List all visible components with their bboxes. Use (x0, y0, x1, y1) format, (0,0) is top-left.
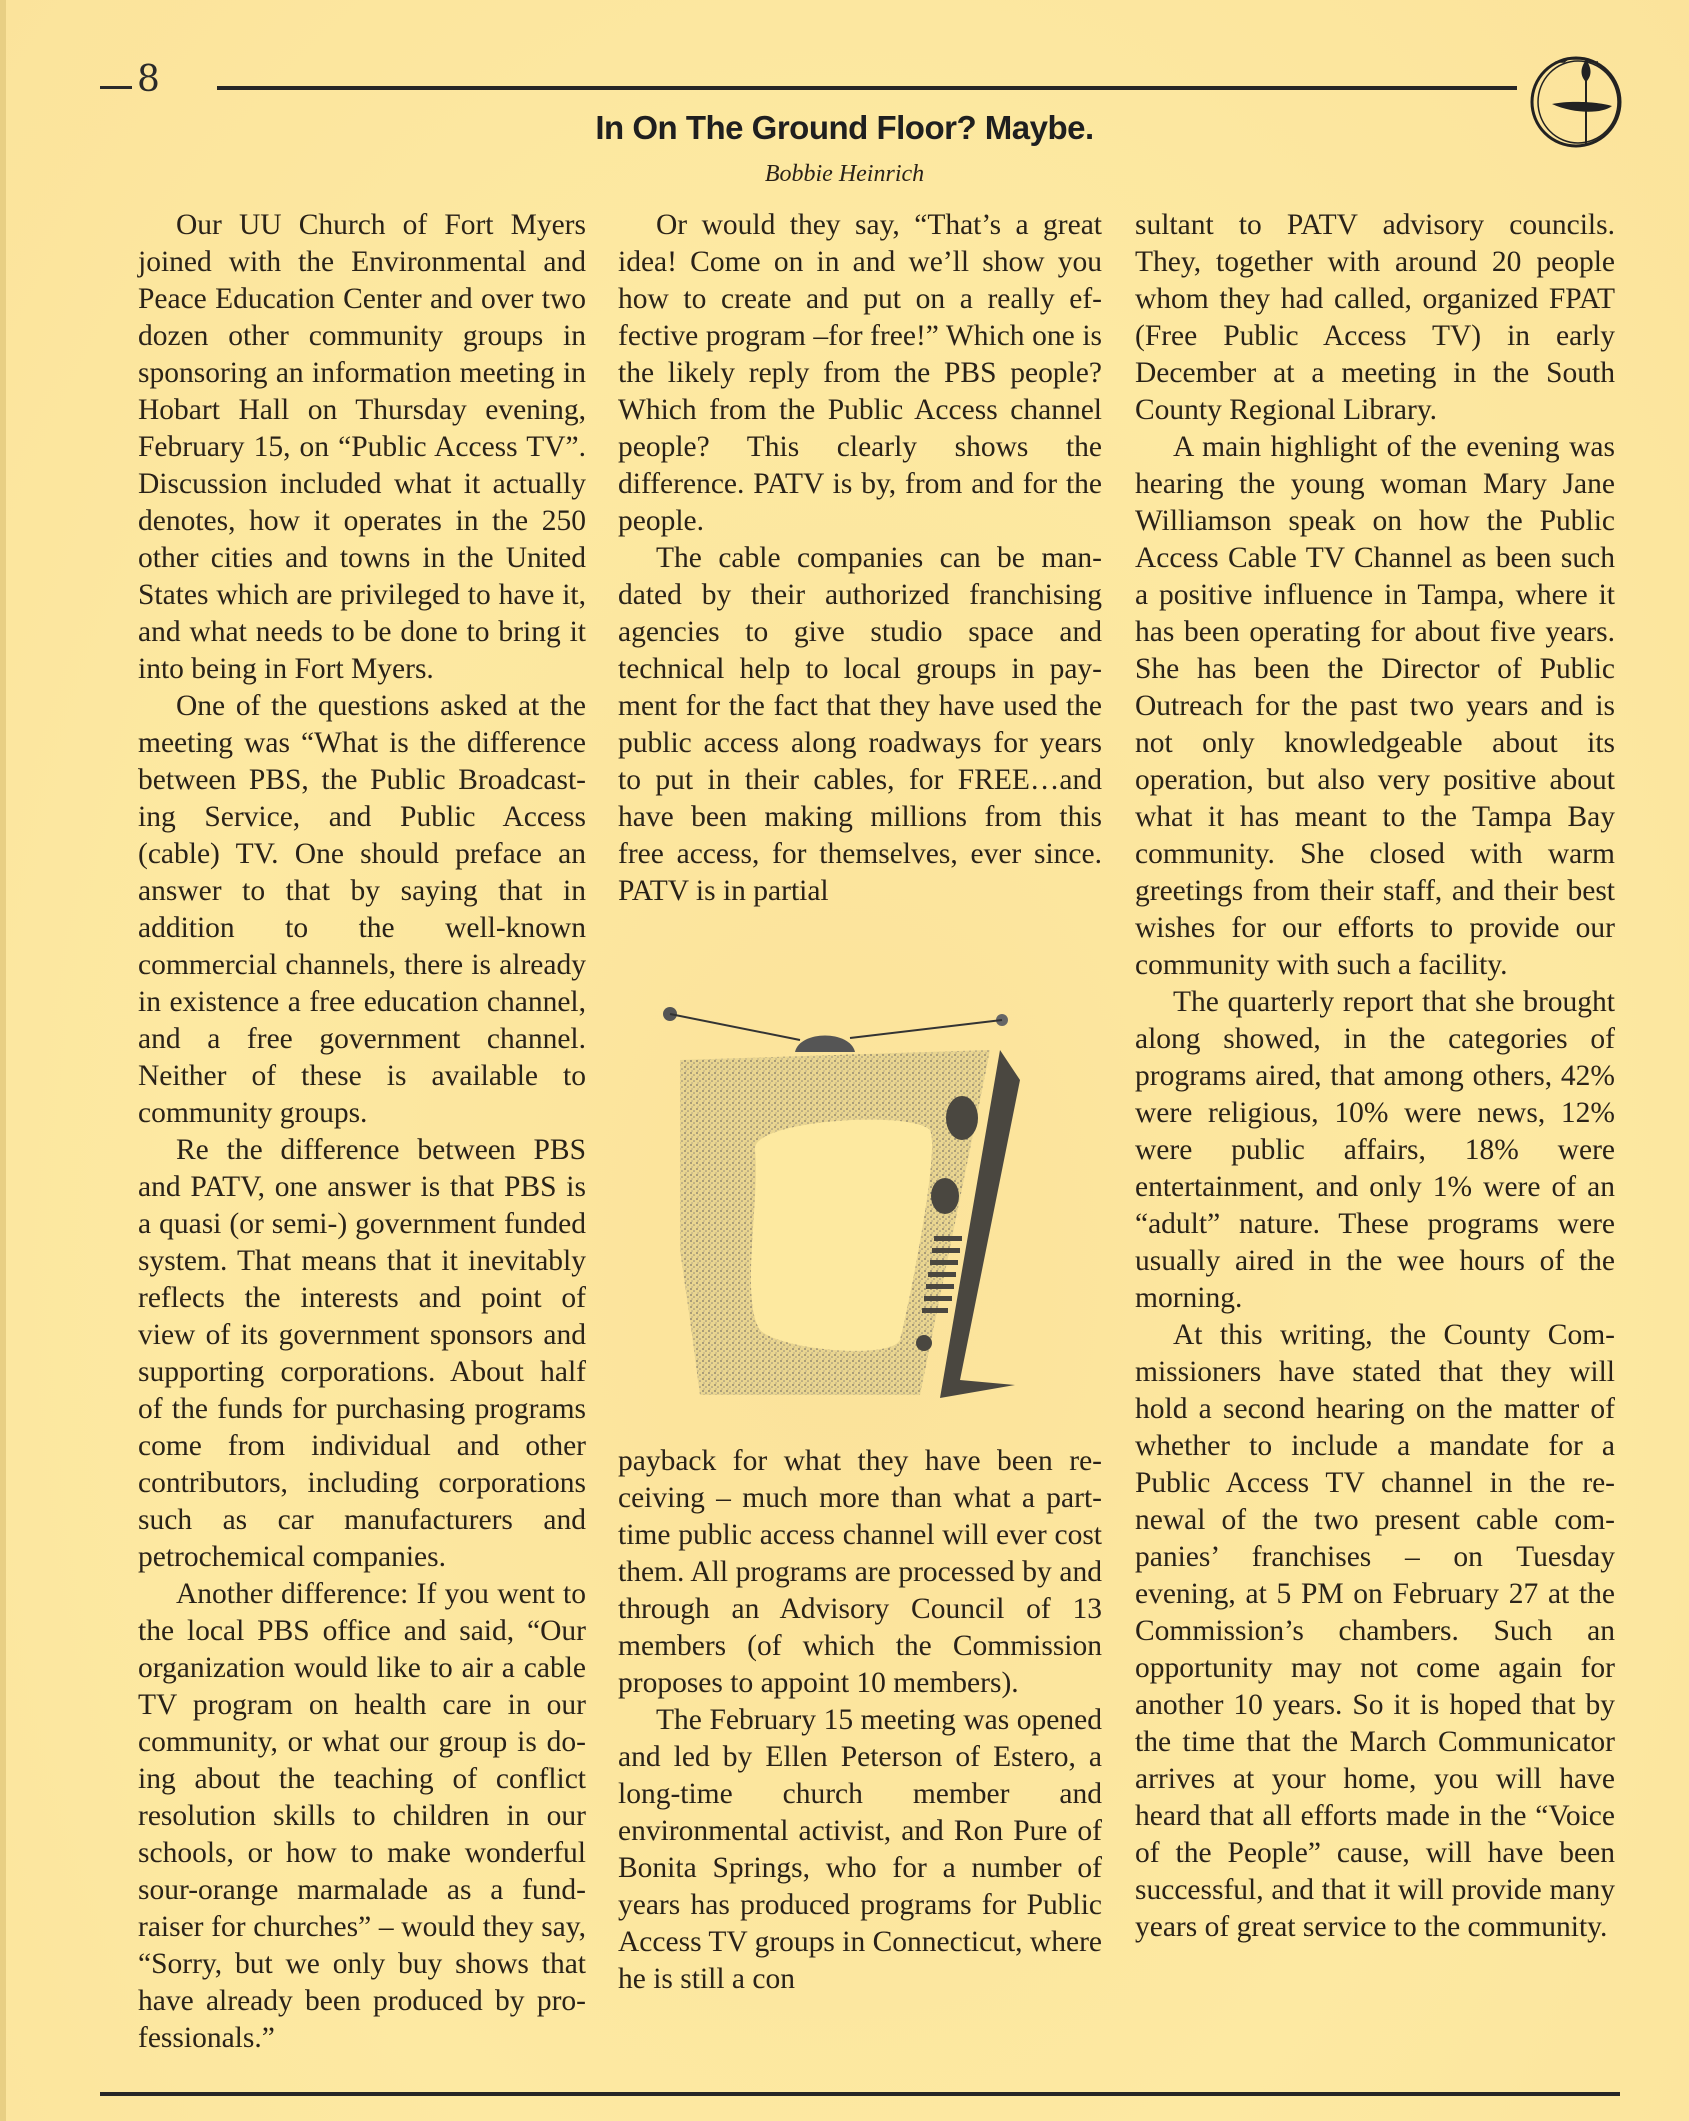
article-column-1: Our UU Church of Fort Myers joined with … (138, 207, 586, 2057)
article-column-2-bottom: payback for what they have been re­ceivi… (618, 1443, 1102, 1998)
paragraph: sultant to PATV advisory councils. They,… (1135, 207, 1615, 429)
paragraph: The quarterly report that she brought al… (1135, 984, 1615, 1317)
header-rule (217, 86, 1517, 90)
paragraph: Or would they say, “That’s a great idea!… (618, 207, 1102, 540)
paragraph: payback for what they have been re­ceivi… (618, 1443, 1102, 1702)
article-column-2-top: Or would they say, “That’s a great idea!… (618, 207, 1102, 910)
article-title: In On The Ground Floor? Maybe. (0, 104, 1689, 152)
article-column-3: sultant to PATV advisory councils. They,… (1135, 207, 1615, 1946)
paragraph: Our UU Church of Fort Myers joined with … (138, 207, 586, 688)
paragraph: The February 15 meeting was opened and l… (618, 1702, 1102, 1998)
paragraph: A main highlight of the evening was hear… (1135, 429, 1615, 984)
paragraph: One of the questions asked at the meetin… (138, 688, 586, 1132)
footer-rule (100, 2092, 1620, 2096)
page-edge (0, 0, 6, 2121)
paragraph: At this writing, the County Com­missione… (1135, 1317, 1615, 1946)
article-byline: Bobbie Heinrich (0, 158, 1689, 190)
paragraph: Re the difference between PBS and PATV, … (138, 1132, 586, 1576)
header-rule-left (100, 86, 132, 89)
paragraph: The cable companies can be man­dated by … (618, 540, 1102, 910)
paragraph: Another difference: If you went to the l… (138, 1576, 586, 2057)
retro-television-icon (660, 1000, 1080, 1410)
page-number: 8 (137, 58, 160, 102)
